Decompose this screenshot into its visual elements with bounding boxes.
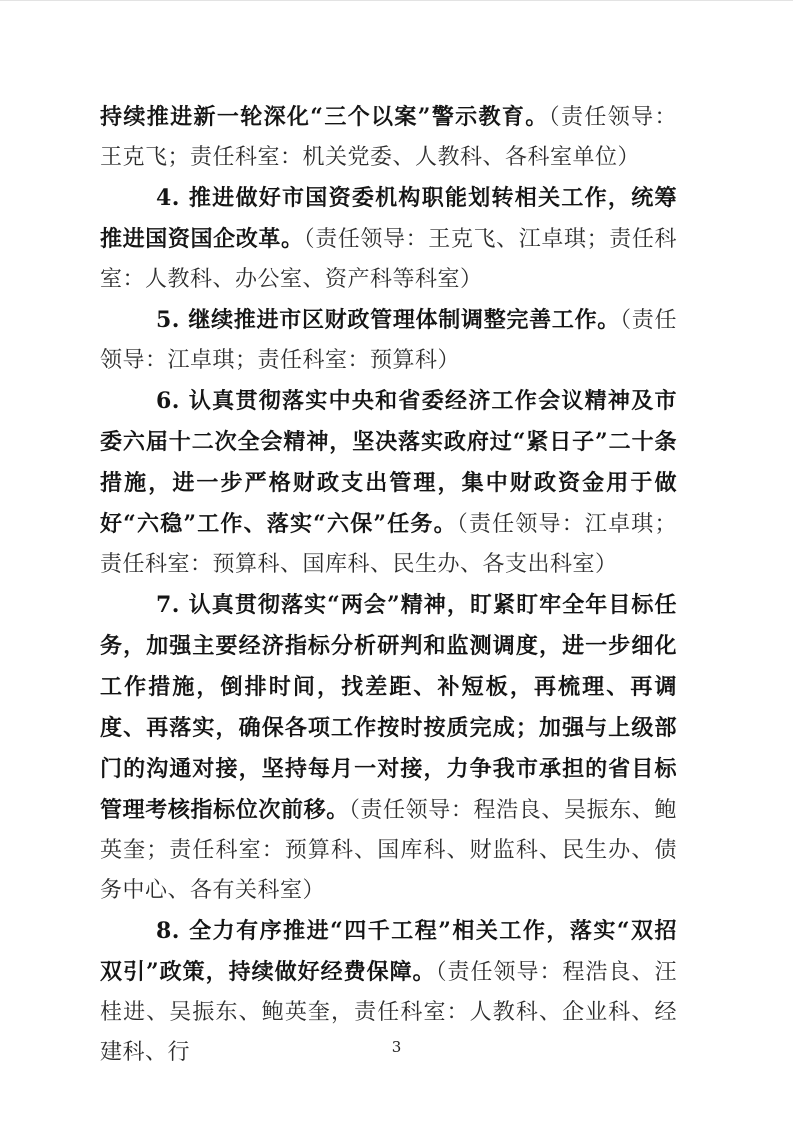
- document-body: 持续推进新一轮深化“三个以案”警示教育。（责任领导：王克飞；责任科室：机关党委、…: [100, 97, 677, 1073]
- task-text: 5. 继续推进市区财政管理体制调整完善工作。: [156, 307, 620, 333]
- work-item-paragraph: 4. 推进做好市国资委机构职能划转相关工作，统筹推进国资国企改革。（责任领导：王…: [100, 178, 677, 300]
- work-item-paragraph: 持续推进新一轮深化“三个以案”警示教育。（责任领导：王克飞；责任科室：机关党委、…: [100, 97, 677, 178]
- work-item-paragraph: 5. 继续推进市区财政管理体制调整完善工作。（责任领导：江卓琪；责任科室：预算科…: [100, 300, 677, 381]
- document-page: 持续推进新一轮深化“三个以案”警示教育。（责任领导：王克飞；责任科室：机关党委、…: [0, 0, 793, 1122]
- page-number: 3: [0, 1037, 793, 1057]
- task-text: 持续推进新一轮深化“三个以案”警示教育。: [100, 104, 549, 130]
- work-item-paragraph: 6. 认真贯彻落实中央和省委经济工作会议精神及市委六届十二次全会精神，坚决落实政…: [100, 381, 677, 585]
- task-text: 7. 认真贯彻落实“两会”精神，盯紧盯牢全年目标任务，加强主要经济指标分析研判和…: [100, 592, 677, 823]
- work-item-paragraph: 7. 认真贯彻落实“两会”精神，盯紧盯牢全年目标任务，加强主要经济指标分析研判和…: [100, 585, 677, 911]
